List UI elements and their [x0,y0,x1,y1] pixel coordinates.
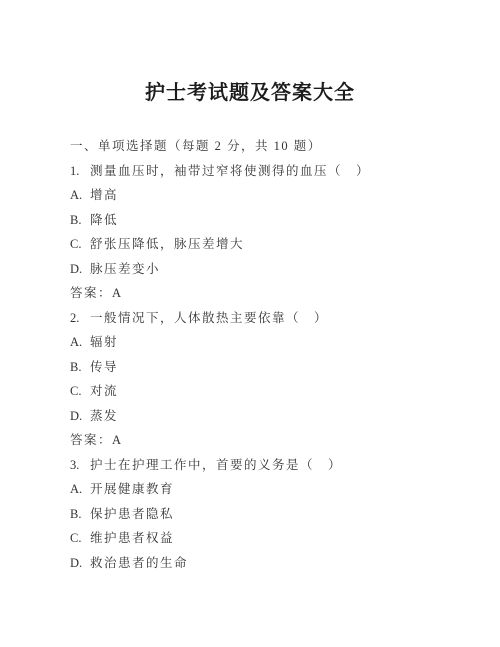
option-label: C. [70,379,90,404]
question-2-stem: 2.一般情况下，人体散热主要依靠（ ） [70,306,460,331]
option-label: D. [70,404,90,429]
page-title: 护士考试题及答案大全 [0,0,500,106]
question-2-number: 2. [70,306,90,331]
question-3-option-b: B.保护患者隐私 [70,502,460,527]
question-1-answer: 答案：A [70,281,460,306]
section-header: 一、单项选择题（每题 2 分，共 10 题） [70,134,460,159]
question-1-stem: 1.测量血压时，袖带过窄将使测得的血压（ ） [70,159,460,184]
question-3-option-d: D.救治患者的生命 [70,551,460,576]
question-3-number: 3. [70,453,90,478]
option-label: C. [70,526,90,551]
question-1-option-b: B.降低 [70,208,460,233]
document-body: 一、单项选择题（每题 2 分，共 10 题） 1.测量血压时，袖带过窄将使测得的… [0,134,500,575]
question-3-option-c: C.维护患者权益 [70,526,460,551]
question-3-stem: 3.护士在护理工作中，首要的义务是（ ） [70,453,460,478]
option-text: 辐射 [90,335,118,349]
question-3-text: 护士在护理工作中，首要的义务是（ ） [90,458,342,472]
question-2-option-a: A.辐射 [70,330,460,355]
question-1-option-a: A.增高 [70,183,460,208]
option-text: 保护患者隐私 [90,507,174,521]
question-2-option-b: B.传导 [70,355,460,380]
option-text: 开展健康教育 [90,482,174,496]
option-label: A. [70,183,90,208]
question-2-option-d: D.蒸发 [70,404,460,429]
question-3-option-a: A.开展健康教育 [70,477,460,502]
option-label: C. [70,232,90,257]
question-1-option-c: C.舒张压降低，脉压差增大 [70,232,460,257]
question-2-option-c: C.对流 [70,379,460,404]
option-text: 对流 [90,384,118,398]
option-label: D. [70,551,90,576]
option-text: 脉压差变小 [90,262,160,276]
option-label: B. [70,208,90,233]
document-page: 护士考试题及答案大全 一、单项选择题（每题 2 分，共 10 题） 1.测量血压… [0,0,500,647]
option-text: 维护患者权益 [90,531,174,545]
option-text: 增高 [90,188,118,202]
option-text: 降低 [90,213,118,227]
question-2-text: 一般情况下，人体散热主要依靠（ ） [90,311,328,325]
option-text: 蒸发 [90,409,118,423]
question-1-number: 1. [70,159,90,184]
option-label: B. [70,355,90,380]
option-text: 传导 [90,360,118,374]
option-text: 救治患者的生命 [90,556,188,570]
option-label: B. [70,502,90,527]
question-1-text: 测量血压时，袖带过窄将使测得的血压（ ） [90,164,370,178]
option-label: A. [70,330,90,355]
option-label: D. [70,257,90,282]
question-1-option-d: D.脉压差变小 [70,257,460,282]
option-label: A. [70,477,90,502]
option-text: 舒张压降低，脉压差增大 [90,237,244,251]
question-2-answer: 答案：A [70,428,460,453]
